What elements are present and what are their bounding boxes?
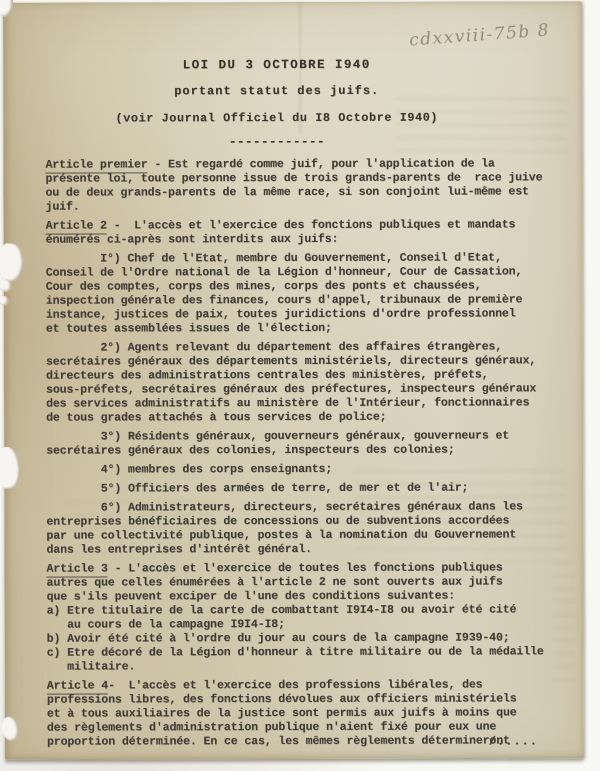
- text-line: 3°) Résidents généraux, gouverneurs géné…: [46, 429, 583, 444]
- document-page: cdxxviii-75b 8 LOI DU 3 OCTOBRE I940 por…: [3, 1, 584, 760]
- article-heading: Article 2: [46, 219, 107, 234]
- text-line: Cour des comptes, corps des mines, corps…: [46, 279, 583, 294]
- text-line: c) Etre décoré de la Légion d'honneur à …: [47, 645, 584, 660]
- text-line: présente loi, toute personne issue de tr…: [45, 171, 582, 186]
- text-line: par une collectivité publique, postes à …: [46, 528, 583, 543]
- text-line: Article 3 - L'accès et l'exercice de tou…: [46, 561, 583, 576]
- text-line: que s'ils peuvent exciper de l'une des c…: [47, 589, 584, 604]
- text-line: au cours de la campagne I9I4-I8;: [47, 617, 584, 632]
- text-line: Article premier - Est regardé comme juif…: [45, 157, 582, 172]
- text-line: dans les entreprises d'intérêt général.: [46, 542, 583, 557]
- paper-tear: [0, 296, 9, 306]
- paragraph: Article 3 - L'accès et l'exercice de tou…: [46, 561, 583, 674]
- text-line: Conseil de l'Ordre national de la Légion…: [46, 265, 583, 280]
- text-line: 5°) Officiers des armées de terre, de me…: [46, 481, 583, 496]
- text-line: des règlements d'administration publique…: [47, 720, 584, 735]
- text-line: 2°) Agents relevant du département des a…: [46, 340, 583, 355]
- document-header: LOI DU 3 OCTOBRE I940 portant statut des…: [0, 1, 566, 150]
- document-body: Article premier - Est regardé comme juif…: [3, 157, 584, 750]
- paragraph: 3°) Résidents généraux, gouverneurs géné…: [46, 429, 583, 458]
- text-line: instance, justices de paix, toutes jurid…: [46, 307, 583, 322]
- text-line: des services administratifs au ministère…: [46, 396, 583, 411]
- paragraph: 4°) membres des corps enseignants;: [46, 462, 583, 477]
- text-line: militaire.: [47, 659, 584, 674]
- text-line: inspection générale des finances, cours …: [46, 293, 583, 308]
- text-line: Article 2 - L'accès et l'exercice des fo…: [46, 218, 583, 233]
- article-heading: Article 3: [46, 562, 107, 577]
- text-line: énumérés ci-après sont interdits aux jui…: [46, 232, 583, 247]
- text-line: b) Avoir été cité à l'ordre du jour au c…: [47, 631, 584, 646]
- text-line: autres que celles énumérées à l'article …: [47, 575, 584, 590]
- article-heading: Article premier: [45, 158, 147, 173]
- continuation-mark: /.....: [489, 734, 538, 748]
- text-line: et toutes assemblées issues de l'électio…: [46, 321, 583, 336]
- text-line: entreprises bénéficiaires de concessions…: [46, 514, 583, 529]
- article-heading: Article 4: [47, 679, 108, 694]
- text-line: ou de deux grands-parents de la même rac…: [45, 185, 582, 200]
- text-line: directeurs des administrations centrales…: [46, 368, 583, 383]
- text-line: de tous grades attachés à tous services …: [46, 410, 583, 425]
- paragraph: 2°) Agents relevant du département des a…: [46, 340, 583, 425]
- text-line: et à tous auxiliaires de la justice sont…: [47, 706, 584, 721]
- paragraph: I°) Chef de l'Etat, membre du Gouverneme…: [46, 251, 583, 336]
- text-line: a) Etre titulaire de la carte de combatt…: [47, 603, 584, 618]
- text-line: 4°) membres des corps enseignants;: [46, 462, 583, 477]
- paper-tear: [0, 279, 12, 292]
- journal-reference: (voir Journal Officiel du I8 Octobre I94…: [0, 110, 566, 126]
- document-title: LOI DU 3 OCTOBRE I940: [0, 57, 566, 73]
- text-line: secrétaires généraux des départements mi…: [46, 354, 583, 369]
- text-line: Article 4- L'accès et l'exercice des pro…: [47, 678, 584, 693]
- paragraph: 6°) Administrateurs, directeurs, secréta…: [46, 500, 583, 557]
- text-line: professions libres, des fonctions dévolu…: [47, 692, 584, 707]
- divider-dashes: ------------: [0, 134, 566, 150]
- text-line: 6°) Administrateurs, directeurs, secréta…: [46, 500, 583, 515]
- text-line: juif.: [46, 199, 583, 214]
- paragraph: 5°) Officiers des armées de terre, de me…: [46, 481, 583, 496]
- document-subtitle: portant statut des juifs.: [0, 83, 566, 99]
- text-line: sous-préfets, secrétaires généraux des p…: [46, 382, 583, 397]
- text-line: secrétaires généraux des colonies, inspe…: [46, 443, 583, 458]
- text-line: I°) Chef de l'Etat, membre du Gouverneme…: [46, 251, 583, 266]
- paragraph: Article 2 - L'accès et l'exercice des fo…: [46, 218, 583, 247]
- paragraph: Article premier - Est regardé comme juif…: [45, 157, 582, 214]
